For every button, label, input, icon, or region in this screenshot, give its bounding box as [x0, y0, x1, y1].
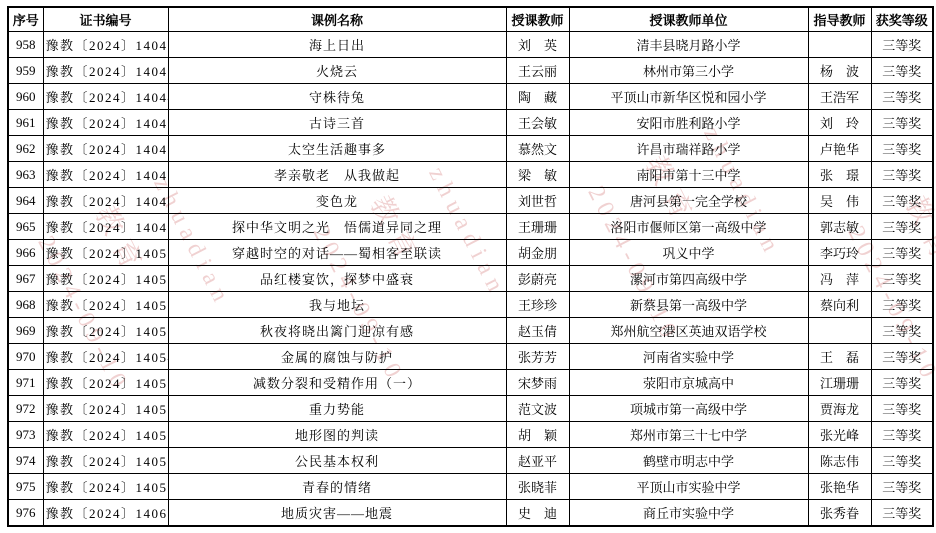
cell-teacher-school: 林州市第三小学 — [569, 58, 808, 84]
cell-award-level: 三等奖 — [871, 162, 933, 188]
cell-award-level: 三等奖 — [871, 396, 933, 422]
cell-teacher: 宋梦雨 — [506, 370, 569, 396]
table-row: 959豫教〔2024〕14043火烧云王云丽林州市第三小学杨 波三等奖 — [8, 58, 933, 84]
cell-lesson-title: 青春的情绪 — [168, 474, 506, 500]
table-row: 969豫教〔2024〕14053秋夜将晓出篱门迎凉有感赵玉倩郑州航空港区英迪双语… — [8, 318, 933, 344]
table-row: 974豫教〔2024〕14058公民基本权利赵亚平鹤壁市明志中学陈志伟三等奖 — [8, 448, 933, 474]
table-row: 973豫教〔2024〕14057地形图的判读胡 颖郑州市第三十七中学张光峰三等奖 — [8, 422, 933, 448]
table-row: 976豫教〔2024〕14060地质灾害——地震史 迪商丘市实验中学张秀眷三等奖 — [8, 500, 933, 527]
cell-advisor: 蔡向利 — [808, 292, 871, 318]
cell-teacher-school: 项城市第一高级中学 — [569, 396, 808, 422]
cell-cert-no: 豫教〔2024〕14042 — [43, 32, 168, 58]
cell-seq: 961 — [8, 110, 43, 136]
cell-seq: 962 — [8, 136, 43, 162]
cell-lesson-title: 守株待兔 — [168, 84, 506, 110]
table-row: 970豫教〔2024〕14054金属的腐蚀与防护张芳芳河南省实验中学王 磊三等奖 — [8, 344, 933, 370]
cell-lesson-title: 火烧云 — [168, 58, 506, 84]
cell-teacher-school: 鹤壁市明志中学 — [569, 448, 808, 474]
cell-award-level: 三等奖 — [871, 422, 933, 448]
cell-advisor: 吴 伟 — [808, 188, 871, 214]
cell-advisor: 李巧玲 — [808, 240, 871, 266]
table-row: 962豫教〔2024〕14046太空生活趣事多慕然文许昌市瑞祥路小学卢艳华三等奖 — [8, 136, 933, 162]
cell-teacher: 王云丽 — [506, 58, 569, 84]
col-header-teacher: 授课教师 — [506, 7, 569, 32]
cell-cert-no: 豫教〔2024〕14049 — [43, 214, 168, 240]
cell-lesson-title: 穿越时空的对话——蜀相客至联读 — [168, 240, 506, 266]
cell-seq: 968 — [8, 292, 43, 318]
cell-seq: 963 — [8, 162, 43, 188]
cell-award-level: 三等奖 — [871, 500, 933, 527]
cell-lesson-title: 重力势能 — [168, 396, 506, 422]
col-header-cert-no: 证书编号 — [43, 7, 168, 32]
cell-teacher-school: 平顶山市新华区悦和园小学 — [569, 84, 808, 110]
cell-teacher-school: 商丘市实验中学 — [569, 500, 808, 527]
cell-advisor: 贾海龙 — [808, 396, 871, 422]
cell-lesson-title: 变色龙 — [168, 188, 506, 214]
cell-advisor: 郭志敏 — [808, 214, 871, 240]
table-row: 971豫教〔2024〕14055减数分裂和受精作用（一）宋梦雨荥阳市京城高中江珊… — [8, 370, 933, 396]
cell-advisor: 王浩军 — [808, 84, 871, 110]
cell-award-level: 三等奖 — [871, 32, 933, 58]
table-row: 965豫教〔2024〕14049探中华文明之光 悟儒道异同之理王珊珊洛阳市偃师区… — [8, 214, 933, 240]
cell-seq: 965 — [8, 214, 43, 240]
col-header-advisor: 指导教师 — [808, 7, 871, 32]
cell-award-level: 三等奖 — [871, 448, 933, 474]
cell-advisor: 卢艳华 — [808, 136, 871, 162]
cell-advisor: 冯 萍 — [808, 266, 871, 292]
cell-teacher-school: 郑州航空港区英迪双语学校 — [569, 318, 808, 344]
table-row: 972豫教〔2024〕14056重力势能范文波项城市第一高级中学贾海龙三等奖 — [8, 396, 933, 422]
table-header-row: 序号 证书编号 课例名称 授课教师 授课教师单位 指导教师 获奖等级 — [8, 7, 933, 32]
award-results-table: 序号 证书编号 课例名称 授课教师 授课教师单位 指导教师 获奖等级 958豫教… — [7, 6, 934, 527]
cell-teacher: 慕然文 — [506, 136, 569, 162]
cell-seq: 976 — [8, 500, 43, 527]
cell-award-level: 三等奖 — [871, 214, 933, 240]
cell-teacher-school: 河南省实验中学 — [569, 344, 808, 370]
cell-cert-no: 豫教〔2024〕14052 — [43, 292, 168, 318]
cell-cert-no: 豫教〔2024〕14057 — [43, 422, 168, 448]
cell-teacher: 刘 英 — [506, 32, 569, 58]
cell-lesson-title: 金属的腐蚀与防护 — [168, 344, 506, 370]
cell-teacher: 张晓菲 — [506, 474, 569, 500]
cell-teacher: 范文波 — [506, 396, 569, 422]
table-row: 958豫教〔2024〕14042海上日出刘 英清丰县晓月路小学三等奖 — [8, 32, 933, 58]
cell-teacher: 刘世哲 — [506, 188, 569, 214]
cell-award-level: 三等奖 — [871, 110, 933, 136]
cell-teacher: 王会敏 — [506, 110, 569, 136]
table-row: 968豫教〔2024〕14052我与地坛王珍珍新蔡县第一高级中学蔡向利三等奖 — [8, 292, 933, 318]
cell-cert-no: 豫教〔2024〕14045 — [43, 110, 168, 136]
table-body: 958豫教〔2024〕14042海上日出刘 英清丰县晓月路小学三等奖959豫教〔… — [8, 32, 933, 527]
cell-teacher-school: 郑州市第三十七中学 — [569, 422, 808, 448]
cell-seq: 973 — [8, 422, 43, 448]
cell-teacher: 陶 藏 — [506, 84, 569, 110]
cell-lesson-title: 地形图的判读 — [168, 422, 506, 448]
cell-teacher: 王珍珍 — [506, 292, 569, 318]
cell-advisor: 张艳华 — [808, 474, 871, 500]
cell-seq: 969 — [8, 318, 43, 344]
cell-seq: 971 — [8, 370, 43, 396]
table-row: 961豫教〔2024〕14045古诗三首王会敏安阳市胜利路小学刘 玲三等奖 — [8, 110, 933, 136]
document-page: zhuadian教育2024-09-10zhuadian教育2024-09-10… — [0, 0, 936, 533]
cell-award-level: 三等奖 — [871, 292, 933, 318]
table-row: 966豫教〔2024〕14050穿越时空的对话——蜀相客至联读胡金朋巩义中学李巧… — [8, 240, 933, 266]
cell-cert-no: 豫教〔2024〕14050 — [43, 240, 168, 266]
col-header-teacher-school: 授课教师单位 — [569, 7, 808, 32]
cell-teacher-school: 南阳市第十三中学 — [569, 162, 808, 188]
cell-teacher: 史 迪 — [506, 500, 569, 527]
cell-advisor: 张 璟 — [808, 162, 871, 188]
cell-advisor: 王 磊 — [808, 344, 871, 370]
cell-teacher: 赵玉倩 — [506, 318, 569, 344]
cell-seq: 974 — [8, 448, 43, 474]
cell-teacher-school: 荥阳市京城高中 — [569, 370, 808, 396]
cell-teacher: 胡 颖 — [506, 422, 569, 448]
cell-award-level: 三等奖 — [871, 474, 933, 500]
cell-teacher-school: 安阳市胜利路小学 — [569, 110, 808, 136]
cell-cert-no: 豫教〔2024〕14060 — [43, 500, 168, 527]
cell-lesson-title: 古诗三首 — [168, 110, 506, 136]
cell-award-level: 三等奖 — [871, 344, 933, 370]
cell-cert-no: 豫教〔2024〕14055 — [43, 370, 168, 396]
cell-award-level: 三等奖 — [871, 266, 933, 292]
table-row: 960豫教〔2024〕14044守株待兔陶 藏平顶山市新华区悦和园小学王浩军三等… — [8, 84, 933, 110]
cell-teacher: 赵亚平 — [506, 448, 569, 474]
cell-lesson-title: 太空生活趣事多 — [168, 136, 506, 162]
table-row: 963豫教〔2024〕14047孝亲敬老 从我做起梁 敏南阳市第十三中学张 璟三… — [8, 162, 933, 188]
cell-seq: 970 — [8, 344, 43, 370]
cell-teacher-school: 巩义中学 — [569, 240, 808, 266]
cell-teacher-school: 唐河县第一完全学校 — [569, 188, 808, 214]
cell-teacher-school: 新蔡县第一高级中学 — [569, 292, 808, 318]
cell-cert-no: 豫教〔2024〕14059 — [43, 474, 168, 500]
cell-cert-no: 豫教〔2024〕14054 — [43, 344, 168, 370]
cell-cert-no: 豫教〔2024〕14043 — [43, 58, 168, 84]
cell-advisor: 刘 玲 — [808, 110, 871, 136]
cell-award-level: 三等奖 — [871, 370, 933, 396]
table-row: 964豫教〔2024〕14048变色龙刘世哲唐河县第一完全学校吴 伟三等奖 — [8, 188, 933, 214]
cell-teacher: 王珊珊 — [506, 214, 569, 240]
cell-teacher-school: 清丰县晓月路小学 — [569, 32, 808, 58]
cell-award-level: 三等奖 — [871, 188, 933, 214]
cell-lesson-title: 秋夜将晓出篱门迎凉有感 — [168, 318, 506, 344]
cell-cert-no: 豫教〔2024〕14046 — [43, 136, 168, 162]
cell-advisor — [808, 318, 871, 344]
cell-seq: 972 — [8, 396, 43, 422]
cell-advisor: 张光峰 — [808, 422, 871, 448]
cell-lesson-title: 我与地坛 — [168, 292, 506, 318]
cell-lesson-title: 减数分裂和受精作用（一） — [168, 370, 506, 396]
cell-seq: 964 — [8, 188, 43, 214]
cell-teacher: 彭蔚亮 — [506, 266, 569, 292]
cell-seq: 958 — [8, 32, 43, 58]
cell-advisor — [808, 32, 871, 58]
cell-cert-no: 豫教〔2024〕14056 — [43, 396, 168, 422]
cell-advisor: 张秀眷 — [808, 500, 871, 527]
cell-lesson-title: 品红楼宴饮，探梦中盛衰 — [168, 266, 506, 292]
cell-seq: 959 — [8, 58, 43, 84]
cell-teacher: 梁 敏 — [506, 162, 569, 188]
cell-cert-no: 豫教〔2024〕14048 — [43, 188, 168, 214]
cell-award-level: 三等奖 — [871, 240, 933, 266]
cell-cert-no: 豫教〔2024〕14058 — [43, 448, 168, 474]
cell-seq: 967 — [8, 266, 43, 292]
cell-lesson-title: 地质灾害——地震 — [168, 500, 506, 527]
cell-award-level: 三等奖 — [871, 136, 933, 162]
cell-award-level: 三等奖 — [871, 318, 933, 344]
cell-advisor: 陈志伟 — [808, 448, 871, 474]
col-header-seq: 序号 — [8, 7, 43, 32]
table-row: 967豫教〔2024〕14051品红楼宴饮，探梦中盛衰彭蔚亮漯河市第四高级中学冯… — [8, 266, 933, 292]
cell-award-level: 三等奖 — [871, 84, 933, 110]
cell-advisor: 杨 波 — [808, 58, 871, 84]
cell-seq: 975 — [8, 474, 43, 500]
cell-cert-no: 豫教〔2024〕14053 — [43, 318, 168, 344]
cell-lesson-title: 公民基本权利 — [168, 448, 506, 474]
cell-seq: 960 — [8, 84, 43, 110]
cell-award-level: 三等奖 — [871, 58, 933, 84]
cell-cert-no: 豫教〔2024〕14044 — [43, 84, 168, 110]
col-header-lesson-title: 课例名称 — [168, 7, 506, 32]
table-row: 975豫教〔2024〕14059青春的情绪张晓菲平顶山市实验中学张艳华三等奖 — [8, 474, 933, 500]
cell-seq: 966 — [8, 240, 43, 266]
cell-lesson-title: 海上日出 — [168, 32, 506, 58]
cell-teacher-school: 许昌市瑞祥路小学 — [569, 136, 808, 162]
cell-cert-no: 豫教〔2024〕14051 — [43, 266, 168, 292]
cell-teacher: 胡金朋 — [506, 240, 569, 266]
cell-teacher-school: 漯河市第四高级中学 — [569, 266, 808, 292]
cell-lesson-title: 探中华文明之光 悟儒道异同之理 — [168, 214, 506, 240]
cell-teacher: 张芳芳 — [506, 344, 569, 370]
cell-cert-no: 豫教〔2024〕14047 — [43, 162, 168, 188]
cell-advisor: 江珊珊 — [808, 370, 871, 396]
col-header-award-level: 获奖等级 — [871, 7, 933, 32]
cell-teacher-school: 洛阳市偃师区第一高级中学 — [569, 214, 808, 240]
cell-lesson-title: 孝亲敬老 从我做起 — [168, 162, 506, 188]
cell-teacher-school: 平顶山市实验中学 — [569, 474, 808, 500]
